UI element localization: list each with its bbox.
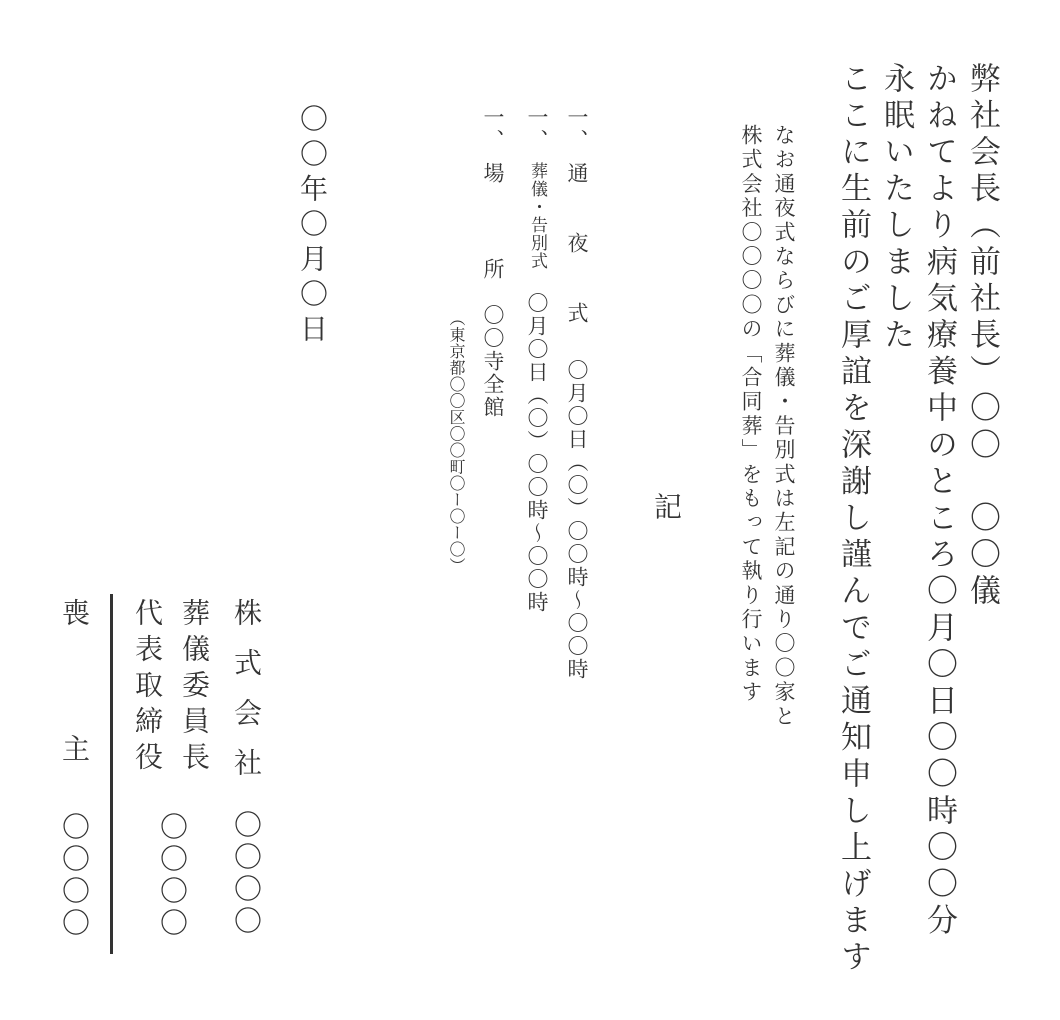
detail-item-funeral: 一、葬儀・告別式〇月〇日（〇）〇〇時～〇〇時 (526, 106, 547, 614)
item-value: 〇月〇日（〇）〇〇時～〇〇時 (526, 292, 547, 614)
item-bullet: 一、 (482, 106, 503, 152)
venue-address: （東京都〇〇区〇〇町〇ー〇ー〇） (448, 310, 464, 574)
notice-note-1: なお通夜式ならびに葬儀・告別式は左記の通り〇〇家と (773, 124, 794, 729)
item-value: 〇〇寺全館 (482, 304, 503, 419)
chief-mourner-title: 喪 主 (60, 598, 88, 768)
detail-item-wake: 一、通 夜 式〇月〇日（〇）〇〇時～〇〇時 (566, 106, 587, 681)
item-label: 通 夜 式 (566, 162, 587, 337)
company-name: 〇〇〇〇 (232, 810, 260, 938)
committee-chair-name: 〇〇〇〇 (158, 812, 186, 940)
chief-mourner-name: 〇〇〇〇 (60, 812, 88, 940)
company-org: 株式会社 (232, 598, 260, 798)
item-label: 場 所 (482, 162, 503, 282)
notice-line-1: 弊社会長（前社長）〇〇 〇〇儀 (966, 62, 997, 611)
item-bullet: 一、 (526, 106, 547, 152)
item-label: 葬儀・告別式 (528, 162, 545, 270)
signature-divider (110, 594, 113, 954)
item-value: 〇月〇日（〇）〇〇時～〇〇時 (566, 359, 587, 681)
representative-title: 代表取締役 (133, 598, 161, 778)
details-heading: 記 (652, 492, 680, 520)
committee-chair-title: 葬儀委員長 (180, 598, 208, 778)
item-bullet: 一、 (566, 106, 587, 152)
notice-date: 〇〇年〇月〇日 (298, 104, 326, 349)
notice-line-4: ここに生前のご厚誼を深謝し謹んでご通知申し上げます (837, 62, 868, 977)
notice-line-3: 永眠いたしました (880, 62, 911, 355)
notice-note-2: 株式会社〇〇〇〇の「合同葬」をもって執り行います (740, 124, 761, 705)
notice-line-2: かねてより病気療養中のところ〇月〇日〇〇時〇〇分 (923, 62, 954, 940)
detail-item-venue: 一、場 所〇〇寺全館 (482, 106, 503, 419)
